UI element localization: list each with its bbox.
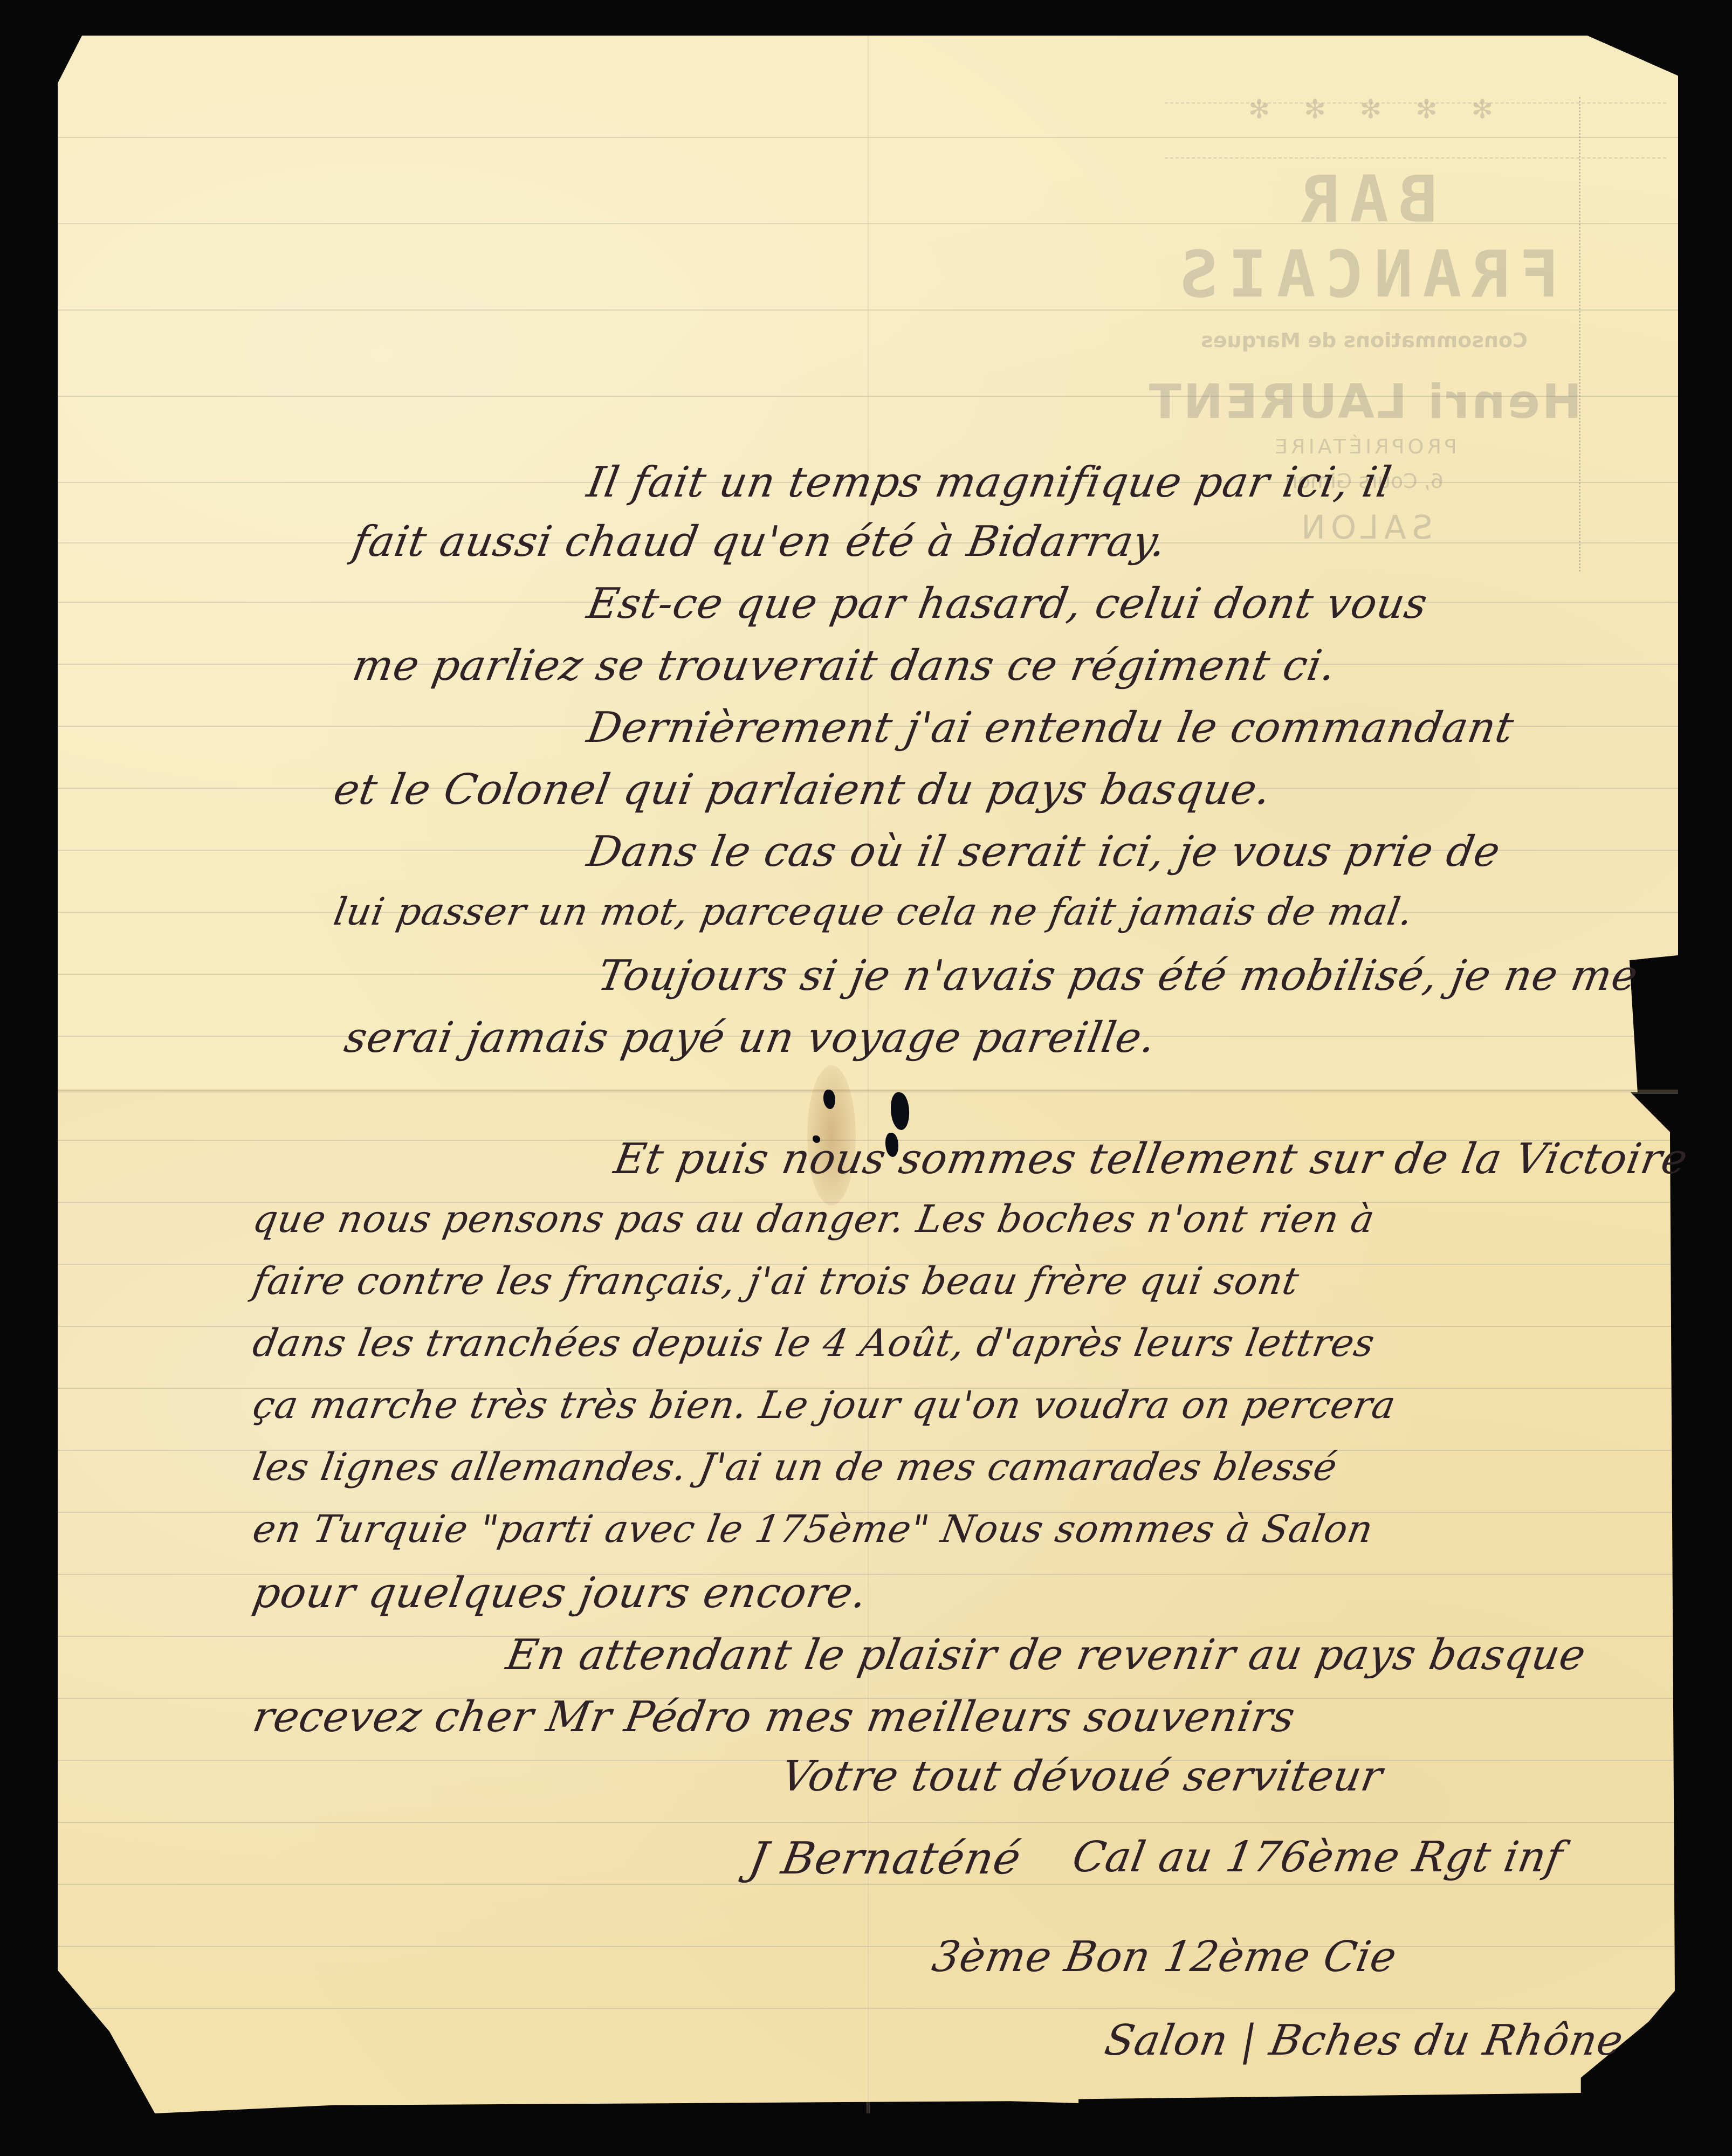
letter-line: Dans le cas où il serait ici, je vous pr… <box>583 828 1504 876</box>
letterhead-ornament: ✻ ✻ ✻ ✻ ✻ <box>1122 94 1607 125</box>
letter-line: ça marche très très bien. Le jour qu'on … <box>250 1383 1399 1427</box>
letterhead-role: PROPRIÉTAIRE <box>1122 435 1607 458</box>
vertical-fold-crease <box>867 36 870 2113</box>
signature-rank: Cal au 176ème Rgt inf <box>1069 1833 1566 1882</box>
letter-line: serai jamais payé un voyage pareille. <box>341 1014 1159 1062</box>
letter-line: En attendant le plaisir de revenir au pa… <box>503 1631 1590 1679</box>
letter-line: et le Colonel qui parlaient du pays basq… <box>330 766 1275 814</box>
ink-blot <box>823 1090 835 1109</box>
closing-salutation: Votre tout dévoué serviteur <box>778 1752 1386 1801</box>
letter-line: Est-ce que par hasard, celui dont vous <box>583 580 1431 628</box>
letter-line: les lignes allemandes. J'ai un de mes ca… <box>250 1445 1341 1489</box>
signature-unit: 3ème Bon 12ème Cie <box>929 1933 1400 1981</box>
letter-line: recevez cher Mr Pédro mes meilleurs souv… <box>249 1693 1299 1741</box>
letter-line: Et puis nous sommes tellement sur de la … <box>610 1135 1692 1183</box>
letter-line: Toujours si je n'avais pas été mobilisé,… <box>594 952 1642 1000</box>
letter-line: dans les tranchées depuis le 4 Août, d'a… <box>250 1321 1378 1365</box>
horizontal-fold-crease <box>58 1090 1678 1094</box>
letter-line: que nous pensons pas au danger. Les boch… <box>250 1197 1378 1241</box>
signature-name: J Bernaténé <box>745 1833 1025 1884</box>
letter-line: Dernièrement j'ai entendu le commandant <box>583 704 1517 752</box>
letter-line: pour quelques jours encore. <box>249 1569 871 1617</box>
letter-line: me parliez se trouverait dans ce régimen… <box>349 642 1340 690</box>
letter-line: en Turquie "parti avec le 175ème" Nous s… <box>250 1507 1377 1551</box>
signature-location: Salon | Bches du Rhône <box>1101 2016 1627 2065</box>
letterhead-subtitle: Consommations de Marques <box>1122 328 1607 352</box>
letter-line: lui passer un mot, parceque cela ne fait… <box>331 890 1417 934</box>
letterhead-city: SALON <box>1122 509 1607 547</box>
letterhead-title: BAR FRANCAIS <box>1122 162 1607 312</box>
letterhead-proprietor-name: Henri LAURENT <box>1122 374 1607 429</box>
letter-line: fait aussi chaud qu'en été à Bidarray. <box>349 518 1170 566</box>
letter-line: Il fait un temps magnifique par ici, il <box>583 458 1395 507</box>
letter-line: faire contre les français, j'ai trois be… <box>250 1259 1303 1303</box>
